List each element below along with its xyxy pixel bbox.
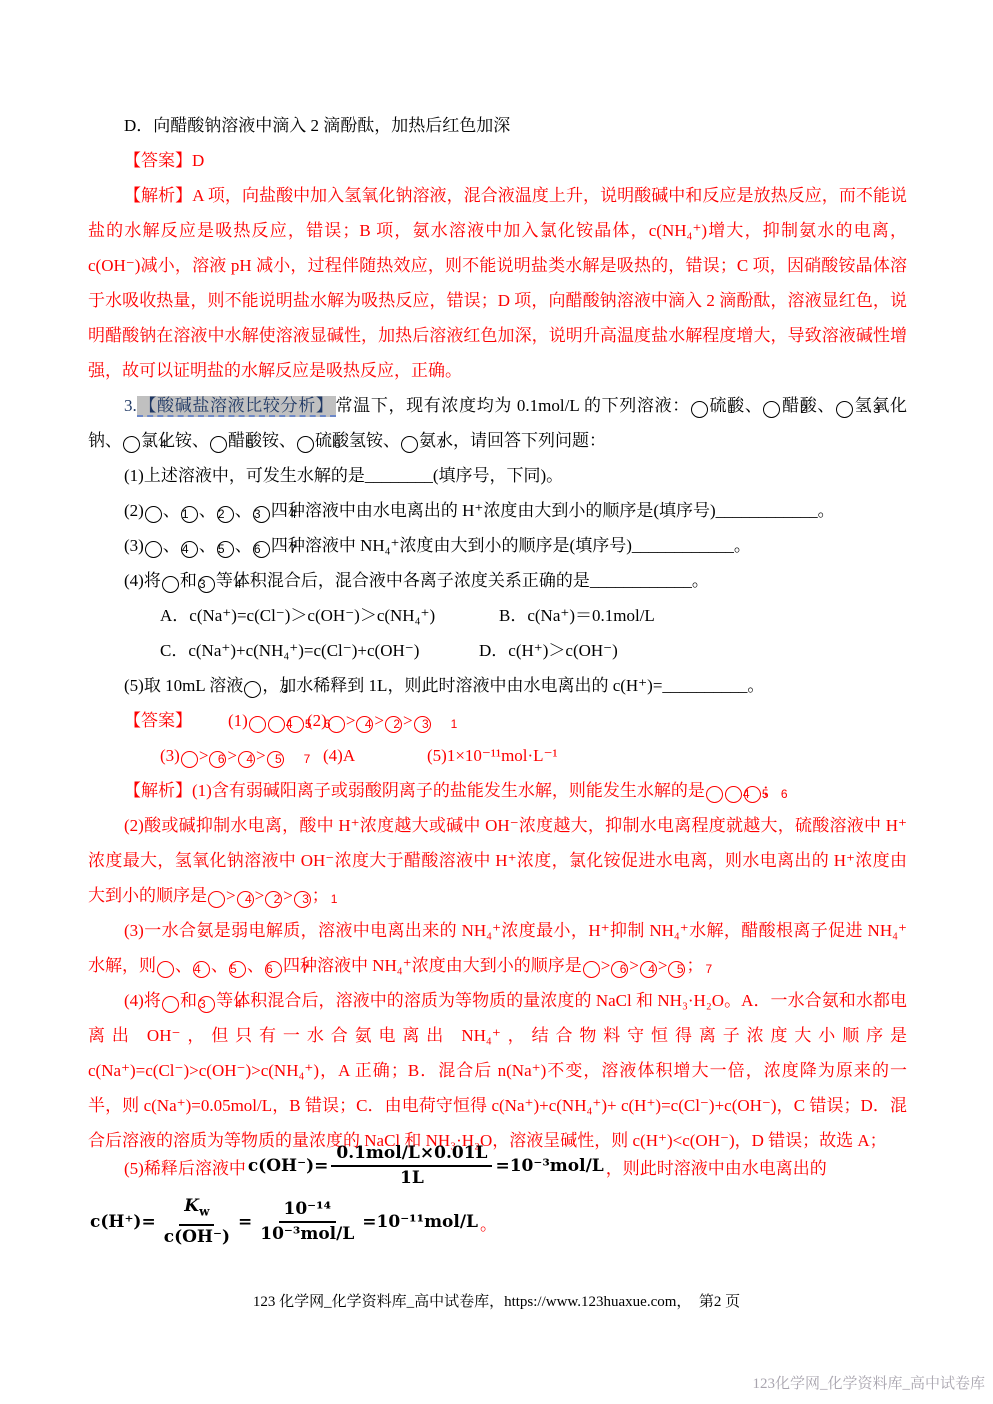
q3-answer-label: 【答案】 bbox=[124, 711, 192, 730]
circled-number: 5 bbox=[268, 716, 285, 733]
q3-explanation-2: (2)酸或碱抑制水电离，酸中 H⁺浓度越大或碱中 OH⁻浓度越大，抑制水电离程度… bbox=[88, 808, 907, 913]
q3-analysis-label: 【解析】 bbox=[124, 781, 192, 800]
circled-number: 5 bbox=[725, 786, 742, 803]
q3-answer-1: (1)456 bbox=[192, 703, 307, 738]
fraction-numerator: Kw bbox=[179, 1195, 214, 1225]
q3-explanation-5-line2: c(H⁺)= Kw c(OH⁻) = 10⁻¹⁴ 10⁻³mol/L =10⁻¹… bbox=[88, 1194, 907, 1250]
q2-answer-line: 【答案】D bbox=[88, 143, 907, 178]
q3-subquestion-4: (4)将3和4等体积混合后，混合液中各离子浓度关系正确的是___________… bbox=[88, 563, 907, 598]
q3-option-c: C．c(Na⁺)+c(NH₄⁺)=c(Cl⁻)+c(OH⁻) bbox=[124, 633, 479, 668]
q3-explanation-4: (4)将3和4等体积混合后，溶液中的溶质为等物质的量浓度的 NaCl 和 NH₃… bbox=[88, 983, 907, 1158]
fraction-denominator: c(OH⁻) bbox=[159, 1226, 235, 1249]
q3-answer-row-2: (3)6>4>5>7(4)A(5)1×10⁻¹¹mol·L⁻¹ bbox=[88, 738, 907, 773]
circled-number: 4 bbox=[328, 716, 345, 733]
circled-number: 6 bbox=[744, 786, 761, 803]
fraction-denominator: 1L bbox=[395, 1167, 429, 1190]
document-body: D．向醋酸钠溶液中滴入 2 滴酚酞，加热后红色加深 【答案】D 【解析】A 项，… bbox=[88, 108, 907, 1250]
circled-number: 6 bbox=[287, 716, 304, 733]
circled-number: 4 bbox=[123, 436, 140, 453]
q3-answer-4: (4)A bbox=[287, 738, 427, 773]
circled-number: 7 bbox=[253, 541, 270, 558]
q3-subquestion-1: (1)上述溶液中，可发生水解的是________(填序号，下同)。 bbox=[88, 458, 907, 493]
q3-option-a: A．c(Na⁺)=c(Cl⁻)＞c(OH⁻)＞c(NH₄⁺) bbox=[124, 598, 499, 633]
q2-analysis-paragraph: 【解析】A 项，向盐酸中加入氢氧化钠溶液，混合液温度上升，说明酸碱中和反应是放热… bbox=[88, 178, 907, 388]
dilution-formula: c(OH⁻)= 0.1mol/L×0.01L 1L =10⁻³mol/L bbox=[248, 1142, 604, 1190]
circled-number: 6 bbox=[217, 541, 234, 558]
fraction: 10⁻¹⁴ 10⁻³mol/L bbox=[255, 1198, 359, 1246]
q3-explanation-1-text: (1)含有弱碱阳离子或弱酸阴离子的盐能发生水解，则能发生水解的是456； bbox=[192, 781, 779, 800]
formula-result: =10⁻³mol/L bbox=[495, 1156, 603, 1176]
page-footer: 123 化学网_化学资料库_高中试卷库，https://www.123huaxu… bbox=[0, 1290, 993, 1311]
circled-number: 6 bbox=[181, 751, 198, 768]
q3-subquestion-2: (2)1、2、3、4四种溶液中由水电离出的 H⁺浓度由大到小的顺序是(填序号)_… bbox=[88, 493, 907, 528]
q3-options-row-ab: A．c(Na⁺)=c(Cl⁻)＞c(OH⁻)＞c(NH₄⁺)B．c(Na⁺)＝0… bbox=[88, 598, 907, 633]
circled-number: 3 bbox=[385, 716, 402, 733]
circled-number: 2 bbox=[181, 506, 198, 523]
q3-number: 3. bbox=[124, 396, 137, 415]
formula-result: =10⁻¹¹mol/L bbox=[362, 1212, 478, 1232]
fraction-numerator: 10⁻¹⁴ bbox=[279, 1198, 337, 1223]
exp5-prefix: (5)稀释后溶液中 bbox=[124, 1154, 246, 1179]
circled-number: 4 bbox=[253, 506, 270, 523]
q3-answer-2: (2)4>2>3>1 bbox=[307, 711, 432, 730]
q2-option-d: D．向醋酸钠溶液中滴入 2 滴酚酞，加热后红色加深 bbox=[88, 108, 907, 143]
circled-number: 6 bbox=[583, 961, 600, 978]
kw-symbol: K bbox=[184, 1196, 199, 1216]
circled-number: 4 bbox=[198, 576, 215, 593]
q3-stem: 3.【酸碱盐溶液比较分析】常温下，现有浓度均为 0.1mol/L 的下列溶液：1… bbox=[88, 388, 907, 458]
circled-number: 2 bbox=[763, 401, 780, 418]
circled-number: 5 bbox=[210, 436, 227, 453]
circled-number: 2 bbox=[237, 891, 254, 908]
q3-explanation-3: (3)一水合氨是弱电解质，溶液中电离出来的 NH₄⁺浓度最小，H⁺抑制 NH₄⁺… bbox=[88, 913, 907, 983]
q3-subquestion-5: (5)取 10mL 溶液3，加水稀释到 1L，则此时溶液中由水电离出的 c(H⁺… bbox=[88, 668, 907, 703]
fraction-denominator: 10⁻³mol/L bbox=[255, 1223, 359, 1246]
circled-number: 1 bbox=[414, 716, 431, 733]
circled-number: 3 bbox=[244, 681, 261, 698]
circled-number: 4 bbox=[706, 786, 723, 803]
q2-analysis-label: 【解析】 bbox=[124, 186, 192, 205]
kw-formula: c(H⁺)= Kw c(OH⁻) = 10⁻¹⁴ 10⁻³mol/L =10⁻¹… bbox=[90, 1195, 478, 1248]
circled-number: 5 bbox=[193, 961, 210, 978]
circled-number: 5 bbox=[640, 961, 657, 978]
circled-number: 3 bbox=[162, 576, 179, 593]
kw-subscript: w bbox=[199, 1205, 209, 1219]
equals-sign: = bbox=[238, 1212, 252, 1232]
q2-answer-label: 【答案】 bbox=[124, 151, 192, 170]
q3-option-b: B．c(Na⁺)＝0.1mol/L bbox=[499, 606, 655, 625]
circled-number: 5 bbox=[181, 541, 198, 558]
circled-number: 3 bbox=[217, 506, 234, 523]
fraction-numerator: 0.1mol/L×0.01L bbox=[331, 1142, 492, 1167]
circled-number: 4 bbox=[198, 996, 215, 1013]
circled-number: 3 bbox=[836, 401, 853, 418]
formula-lead: c(OH⁻)= bbox=[248, 1156, 329, 1176]
circled-number: 1 bbox=[294, 891, 311, 908]
circled-number: 1 bbox=[145, 506, 162, 523]
q2-answer-value: D bbox=[192, 151, 204, 170]
circled-number: 1 bbox=[691, 401, 708, 418]
circled-number: 7 bbox=[401, 436, 418, 453]
exp5-period: 。 bbox=[480, 1210, 497, 1235]
exp5-middle-text: ，则此时溶液中由水电离出的 bbox=[606, 1154, 827, 1179]
circled-number: 4 bbox=[249, 716, 266, 733]
q3-answer-3: (3)6>4>5>7 bbox=[124, 738, 287, 773]
circled-number: 7 bbox=[265, 961, 282, 978]
fraction: 0.1mol/L×0.01L 1L bbox=[331, 1142, 492, 1190]
q3-subquestion-3: (3)4、5、6、7四种溶液中 NH₄⁺浓度由大到小的顺序是(填序号)_____… bbox=[88, 528, 907, 563]
circled-number: 4 bbox=[208, 891, 225, 908]
circled-number: 6 bbox=[229, 961, 246, 978]
circled-number: 4 bbox=[145, 541, 162, 558]
q3-options-row-cd: C．c(Na⁺)+c(NH₄⁺)=c(Cl⁻)+c(OH⁻)D．c(H⁺)＞c(… bbox=[88, 633, 907, 668]
q3-answer-row-1: 【答案】(1)456(2)4>2>3>1 bbox=[88, 703, 907, 738]
q2-analysis-text: A 项，向盐酸中加入氢氧化钠溶液，混合液温度上升，说明酸碱中和反应是放热反应，而… bbox=[88, 186, 907, 380]
q3-answer-5: (5)1×10⁻¹¹mol·L⁻¹ bbox=[427, 746, 558, 765]
circled-number: 4 bbox=[157, 961, 174, 978]
q3-option-d: D．c(H⁺)＞c(OH⁻) bbox=[479, 641, 618, 660]
circled-number: 5 bbox=[238, 751, 255, 768]
circled-number: 7 bbox=[267, 751, 284, 768]
circled-number: 3 bbox=[162, 996, 179, 1013]
q3-topic-tag: 【酸碱盐溶液比较分析】 bbox=[137, 396, 336, 417]
fraction: Kw c(OH⁻) bbox=[159, 1195, 235, 1248]
q3-explanation-1: 【解析】(1)含有弱碱阳离子或弱酸阴离子的盐能发生水解，则能发生水解的是456； bbox=[88, 773, 907, 808]
watermark: 123化学网_化学资料库_高中试卷库 bbox=[752, 1372, 985, 1393]
formula-lead: c(H⁺)= bbox=[90, 1212, 156, 1232]
circled-number: 6 bbox=[297, 436, 314, 453]
